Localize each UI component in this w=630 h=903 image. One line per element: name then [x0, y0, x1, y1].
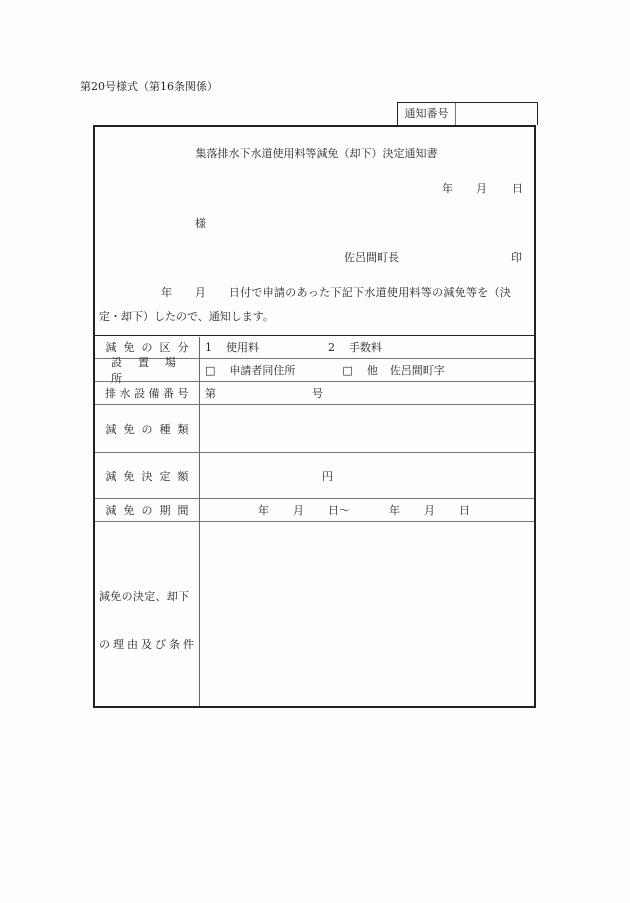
table-row-value[interactable]: □ 申請者同住所 □ 他 佐呂間町字 [205, 359, 534, 381]
location-prefix: 佐呂間町字 [390, 362, 445, 378]
notice-document: 集落排水下水道使用料等減免（却下）決定通知書 年 月 日 様 佐呂間町長 印 年… [93, 125, 536, 708]
table-row-label: 排水設備番号 [95, 382, 199, 404]
option-number: 2 [328, 341, 335, 354]
option-usage-fee[interactable]: 使用料 [226, 339, 259, 355]
label-text: 減免決定額 [99, 468, 196, 484]
exemption-type-field[interactable] [205, 405, 534, 452]
end-year: 年 [389, 502, 400, 518]
other-label: 他 [367, 362, 378, 378]
table-row-label: 減免決定額 [95, 453, 199, 498]
table-row-label: 減免の種類 [95, 405, 199, 452]
end-day: 日 [459, 502, 470, 518]
same-address-label: 申請者同住所 [229, 362, 295, 378]
table-row-label: 減免の期間 [95, 499, 199, 521]
option-handling-fee[interactable]: 手数料 [349, 339, 382, 355]
label-text: 減免の期間 [99, 502, 196, 518]
option-number: 1 [205, 341, 212, 354]
seal-mark: 印 [511, 249, 522, 265]
reason-label-line2: の理由及び条件 [99, 636, 197, 652]
label-text: 減免の区分 [99, 339, 196, 355]
start-year: 年 [258, 502, 269, 518]
yen-unit: 円 [322, 468, 333, 484]
number-suffix: 号 [312, 385, 323, 401]
form-number-label: 第20号様式（第16条関係） [80, 78, 218, 94]
notice-number-label: 通知番号 [398, 103, 456, 125]
label-text: 排水設備番号 [102, 385, 192, 401]
issuer-name: 佐呂間町長 [344, 249, 399, 265]
table-row-value[interactable]: 第 号 [205, 382, 534, 404]
table-row-label: 設置場所 [95, 359, 199, 381]
table-row-value[interactable]: 1 使用料 2 手数料 [205, 336, 534, 358]
body-text-line1: 年 月 日付で申請のあった下記下水道使用料等の減免等を（決 [161, 284, 511, 300]
column-divider [199, 337, 200, 706]
reason-label-line1: 減免の決定、却下 [99, 588, 189, 604]
date-month: 月 [476, 180, 487, 196]
notice-number-field[interactable] [456, 103, 537, 125]
date-day: 日 [512, 180, 523, 196]
checkbox-other[interactable]: □ [342, 364, 352, 377]
document-title: 集落排水下水道使用料等減免（却下）決定通知書 [95, 145, 538, 161]
date-year: 年 [442, 180, 453, 196]
exemption-amount-field[interactable]: 円 [205, 453, 534, 498]
body-text-line2: 定・却下）したので、通知します。 [99, 308, 274, 324]
number-prefix: 第 [205, 385, 216, 401]
exemption-period-field[interactable]: 年 月 日〜 年 月 日 [205, 499, 534, 521]
start-month: 月 [293, 502, 304, 518]
checkbox-same-address[interactable]: □ [205, 364, 215, 377]
reason-conditions-field[interactable] [205, 522, 534, 706]
notice-number-box: 通知番号 [397, 102, 538, 125]
addressee-suffix: 様 [195, 215, 206, 231]
end-month: 月 [424, 502, 435, 518]
label-text: 減免の種類 [99, 421, 196, 437]
start-day: 日〜 [328, 502, 350, 518]
